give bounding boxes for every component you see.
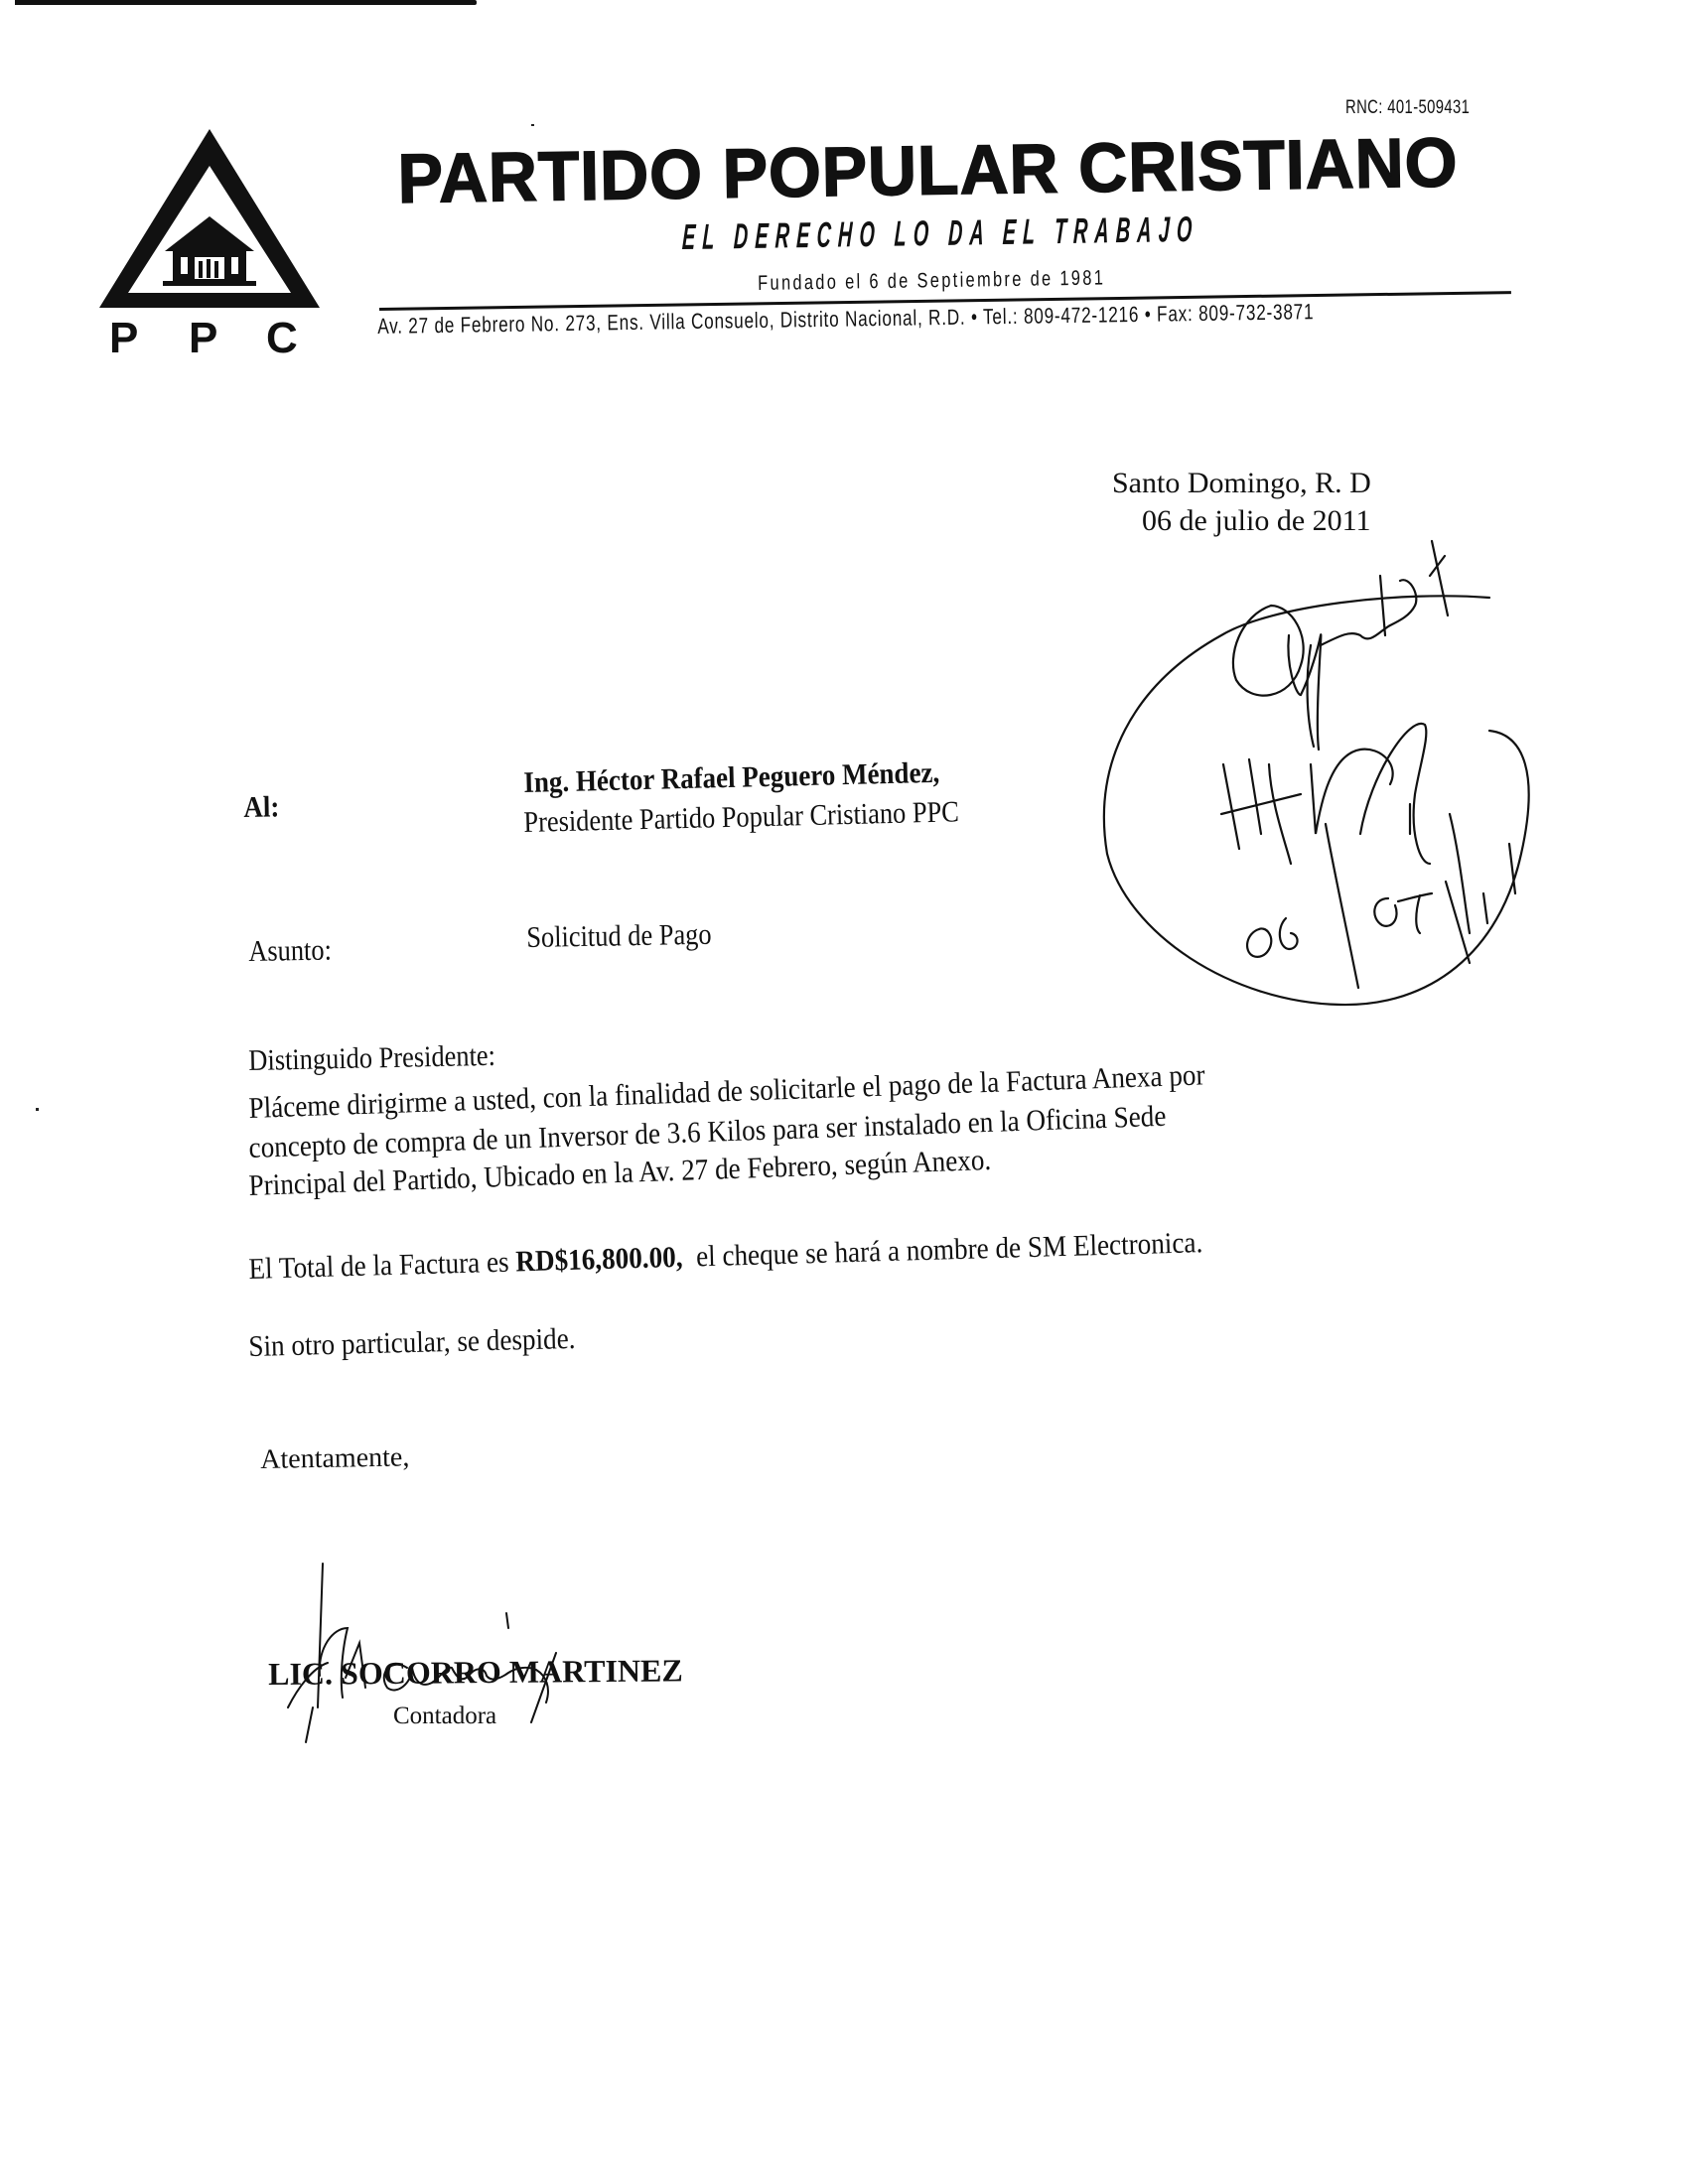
- organization-motto: EL DERECHO LO DA EL TRABAJO: [681, 208, 1199, 258]
- rnc-number: RNC: 401-509431: [1345, 97, 1470, 119]
- logo-letter-p1: P: [109, 314, 138, 357]
- signer-role: Contadora: [393, 1703, 496, 1730]
- logo-letter-c: C: [266, 314, 298, 357]
- founded-date: Fundado el 6 de Septiembre de 1981: [758, 267, 1105, 296]
- subject-label: Asunto:: [248, 934, 332, 969]
- handwritten-received-stamp-icon: [1072, 536, 1549, 1013]
- recipient-title: Presidente Partido Popular Cristiano PPC: [523, 795, 959, 840]
- subject-value: Solicitud de Pago: [526, 918, 712, 955]
- total-suffix: el cheque se hará a nombre de SM Electro…: [682, 1226, 1203, 1274]
- total-amount: RD$16,800.00,: [515, 1241, 683, 1279]
- letter-date: 06 de julio de 2011: [1142, 504, 1371, 538]
- total-prefix: El Total de la Factura es: [248, 1245, 516, 1285]
- scan-speck: [531, 124, 534, 126]
- recipient-label: Al:: [243, 790, 280, 825]
- signer-name: LIC. SOCORRO MARTINEZ: [268, 1652, 683, 1693]
- logo-letter-p2: P: [189, 314, 217, 357]
- regards: Atentamente,: [260, 1441, 410, 1476]
- organization-name: PARTIDO POPULAR CRISTIANO: [397, 122, 1459, 218]
- invoice-total-line: El Total de la Factura es RD$16,800.00, …: [248, 1226, 1203, 1287]
- scan-edge-bar: [15, 0, 477, 5]
- closing-line: Sin otro particular, se despide.: [248, 1322, 576, 1364]
- recipient-name: Ing. Héctor Rafael Peguero Méndez,: [523, 756, 940, 800]
- triangle-house-logo-icon: P P C: [97, 124, 322, 357]
- salutation: Distinguido Presidente:: [248, 1039, 495, 1078]
- scan-speck: [36, 1108, 39, 1111]
- letter-place: Santo Domingo, R. D: [1112, 467, 1371, 500]
